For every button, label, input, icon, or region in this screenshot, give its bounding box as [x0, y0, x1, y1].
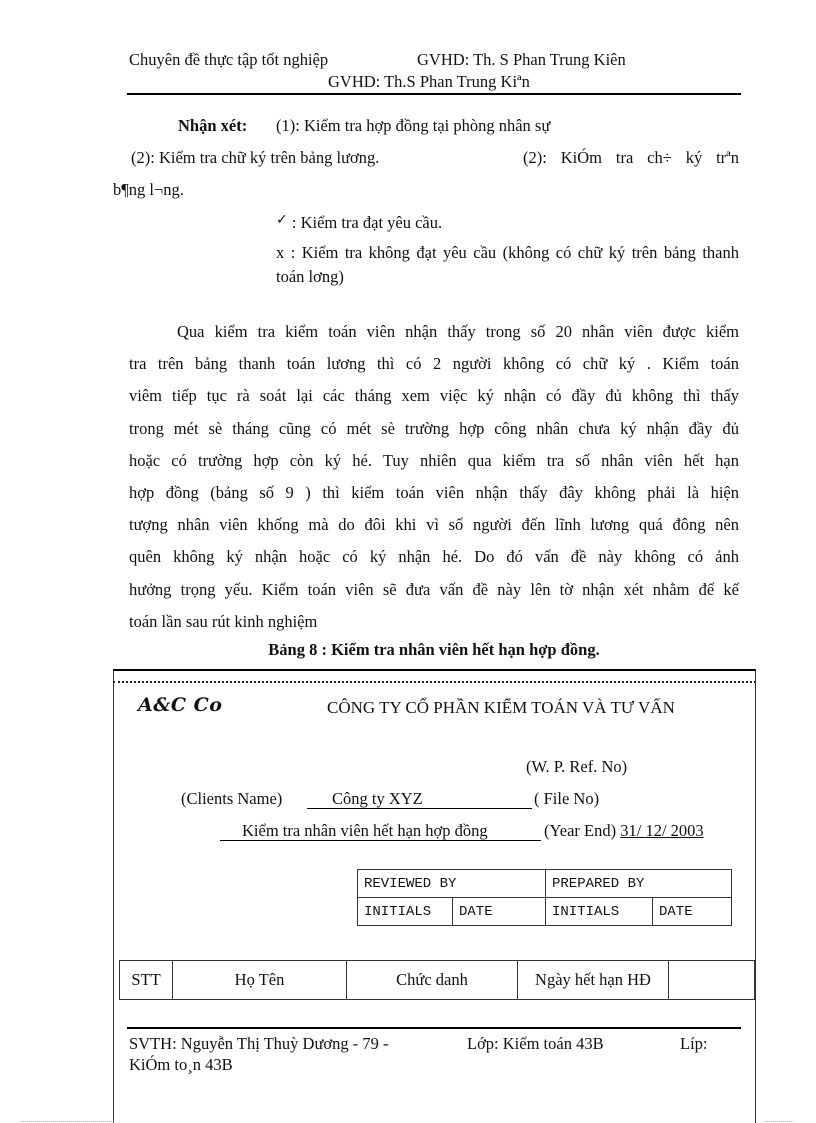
- company-name: CÔNG TY CỔ PHẦN KIỂM TOÁN VÀ TƯ VẤN: [327, 698, 675, 718]
- table-caption: Bảng 8 : Kiểm tra nhân viên hết hạn hợp …: [0, 640, 816, 660]
- footer-class-garbled-label: Líp:: [680, 1034, 708, 1054]
- col-position: Chức danh: [347, 961, 518, 1000]
- legend-check: ✓ : Kiểm tra đạt yêu cầu.: [276, 213, 442, 234]
- company-logo: A&C Co: [138, 694, 222, 716]
- clients-name-value: Công ty XYZ: [332, 789, 423, 808]
- col-contract-expiry: Ngày hết hạn HĐ: [518, 961, 669, 1000]
- legend-check-text: : Kiểm tra đạt yêu cầu.: [292, 213, 442, 232]
- paragraph-line: hoặc có trường hợp còn ký hé. Tuy nhiên …: [129, 445, 739, 477]
- garbled-word: ch÷: [647, 148, 672, 168]
- dotted-divider: [113, 681, 756, 683]
- clients-name-field: Công ty XYZ: [307, 789, 532, 809]
- prepared-date: DATE: [653, 898, 732, 926]
- note-item-2-garbled: (2): KiÓm tra ch÷ ký trªn: [523, 148, 739, 168]
- footer-class-garbled-value: KiÓm to¸n 43B: [129, 1055, 233, 1075]
- body-paragraph: Qua kiểm tra kiểm toán viên nhận thấy tr…: [129, 316, 739, 638]
- paragraph-line: toán lần sau rút kinh nghiệm: [129, 606, 739, 638]
- legend-x: x : Kiểm tra không đạt yêu cầu (không có…: [276, 241, 739, 289]
- garbled-word: KiÓm: [561, 148, 602, 168]
- signoff-table: REVIEWED BY PREPARED BY INITIALS DATE IN…: [357, 869, 732, 926]
- paragraph-line: hợp đồng (bảng số 9 ) thì kiểm toán viên…: [129, 477, 739, 509]
- note-item-2: (2): Kiểm tra chữ ký trên bảng lương.: [131, 148, 379, 168]
- footer-student: SVTH: Nguyễn Thị Thuỳ Dương - 79 -: [129, 1034, 389, 1054]
- prepared-initials: INITIALS: [546, 898, 653, 926]
- header-thesis-title: Chuyên đề thực tập tốt nghiệp: [129, 50, 328, 70]
- year-end-label: (Year End): [544, 821, 616, 840]
- task-value: Kiểm tra nhân viên hết hạn hợp đồng: [242, 821, 488, 840]
- file-no-label: ( File No): [534, 789, 599, 809]
- note-item-2-garbled-cont: b¶ng l¬ng.: [113, 180, 184, 200]
- checkmark-icon: ✓: [276, 212, 288, 228]
- col-name: Họ Tên: [173, 961, 347, 1000]
- clients-name-label: (Clients Name): [181, 789, 282, 809]
- reviewed-initials: INITIALS: [358, 898, 453, 926]
- col-stt: STT: [120, 961, 173, 1000]
- paragraph-line: tra trên bảng thanh toán lương thì có 2 …: [129, 348, 739, 380]
- note-item-1: (1): Kiểm tra hợp đồng tại phòng nhân sự: [276, 116, 550, 136]
- wp-ref-label: (W. P. Ref. No): [526, 757, 627, 777]
- garbled-word: ký: [686, 148, 703, 168]
- garbled-word: trªn: [716, 148, 739, 168]
- garbled-word: tra: [616, 148, 633, 168]
- paragraph-line: viêm tiếp tục rà soát lại các tháng xem …: [129, 380, 739, 412]
- paragraph-line: hưởng trọng yếu. Kiểm toán viên sẽ đưa v…: [129, 574, 739, 606]
- task-field: Kiểm tra nhân viên hết hạn hợp đồng: [220, 821, 541, 841]
- paragraph-line: trong mét sè tháng cũng có mét sè trường…: [129, 413, 739, 445]
- page-edge-dots: [764, 1121, 794, 1122]
- reviewed-by-header: REVIEWED BY: [358, 870, 546, 898]
- paragraph-line: quên không ký nhận hoặc có ký nhận hé. D…: [129, 541, 739, 573]
- paragraph-line: Qua kiểm tra kiểm toán viên nhận thấy tr…: [129, 316, 739, 348]
- paragraph-line: tượng nhân viên khống mà do đôi khi vì s…: [129, 509, 739, 541]
- year-end: (Year End) 31/ 12/ 2003: [544, 821, 704, 841]
- footer-rule: [127, 1027, 741, 1029]
- employee-table: STT Họ Tên Chức danh Ngày hết hạn HĐ: [119, 960, 755, 1000]
- header-advisor: GVHD: Th. S Phan Trung Kiên: [417, 50, 626, 70]
- garbled-word: (2):: [523, 148, 547, 168]
- prepared-by-header: PREPARED BY: [546, 870, 732, 898]
- year-end-value: 31/ 12/ 2003: [620, 821, 703, 840]
- page-edge-dots: [20, 1121, 114, 1122]
- notes-label: Nhận xét:: [178, 116, 247, 136]
- header-advisor-garbled: GVHD: Th.S Phan Trung Kiªn: [328, 72, 530, 92]
- header-rule: [127, 93, 741, 95]
- col-extra: [669, 961, 755, 1000]
- reviewed-date: DATE: [453, 898, 546, 926]
- table-header-row: STT Họ Tên Chức danh Ngày hết hạn HĐ: [120, 961, 755, 1000]
- footer-class: Lớp: Kiểm toán 43B: [467, 1034, 604, 1054]
